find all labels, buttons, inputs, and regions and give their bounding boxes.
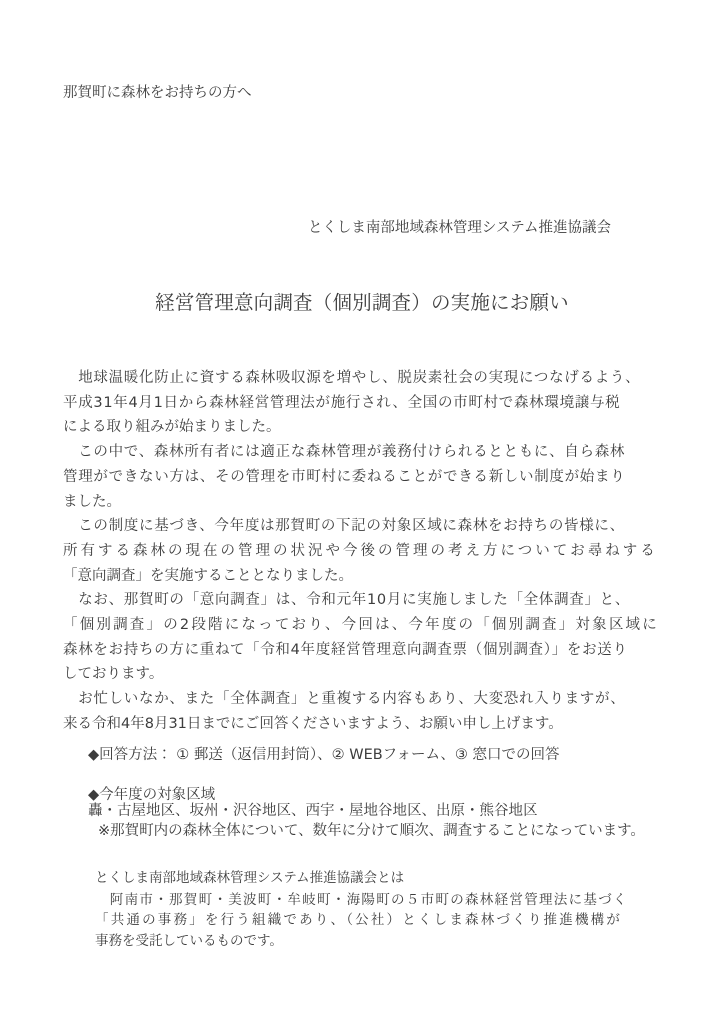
body-text-line: 地球温暖化防止に資する森林吸収源を増やし、脱炭素社会の実現につなげるよう、 (63, 366, 663, 391)
body-text-line: 来る令和4年8月31日までにご回答くださいますよう、お願い申し上げます。 (63, 712, 663, 737)
body-text-line: 「個別調査」の2段階になっており、今回は、今年度の「個別調査」対象区域に (63, 613, 663, 638)
body-text-line: この中で、森林所有者には適正な森林管理が義務付けられるとともに、自ら森林 (63, 440, 663, 465)
target-area-note: ※那賀町内の森林全体について、数年に分けて順次、調査することになっています。 (88, 822, 645, 840)
footer-text-line: 事務を受託しているものです。 (95, 932, 283, 950)
body-text: 地球温暖化防止に資する森林吸収源を増やし、脱炭素社会の実現につなげるよう、 平成… (63, 366, 663, 737)
body-text-line: しております。 (63, 662, 663, 687)
body-text-line: 平成31年4月1日から森林経営管理法が施行され、全国の市町村で森林環境譲与税 (63, 391, 663, 416)
body-text-line: 所有する森林の現在の管理の状況や今後の管理の考え方についてお尋ねする (63, 539, 663, 564)
body-text-line: なお、那賀町の「意向調査」は、令和元年10月に実施しました「全体調査」と、 (63, 588, 663, 613)
document-page: 那賀町に森林をお持ちの方へ とくしま南部地域森林管理システム推進協議会 経営管理… (0, 0, 724, 1024)
diamond-bullet-icon: ◆ (88, 747, 99, 763)
page-title: 経営管理意向調査（個別調査）の実施にお願い (0, 290, 724, 316)
footer-text-line: 「共通の事務」を行う組織であり、（公社）とくしま森林づくり推進機構が (95, 911, 622, 929)
body-text-line: 管理ができない方は、その管理を市町村に委ねることができる新しい制度が始まり (63, 465, 663, 490)
body-text-line: ました。 (63, 490, 663, 515)
body-text-line: 「意向調査」を実施することとなりました。 (63, 564, 663, 589)
body-text-line: お忙しいなか、また「全体調査」と重複する内容もあり、大変恐れ入りますが、 (63, 687, 663, 712)
response-methods-line: ◆回答方法： ① 郵送（返信用封筒）、② WEBフォーム、③ 窓口での回答 (88, 746, 560, 764)
diamond-bullet-icon: ◆ (88, 787, 99, 803)
body-text-line: この制度に基づき、今年度は那賀町の下記の対象区域に森林をお持ちの皆様に、 (63, 514, 663, 539)
body-text-line: による取り組みが始まりました。 (63, 415, 663, 440)
body-text-line: 森林をお持ちの方に重ねて「令和4年度経営管理意向調査票（個別調査）」をお送り (63, 638, 663, 663)
footer-organization-heading: とくしま南部地域森林管理システム推進協議会とは (95, 869, 404, 887)
response-methods-label: 回答方法： ① 郵送（返信用封筒）、② WEBフォーム、③ 窓口での回答 (99, 747, 559, 763)
audience-line: 那賀町に森林をお持ちの方へ (63, 84, 252, 102)
organization-line: とくしま南部地域森林管理システム推進協議会 (0, 219, 611, 237)
footer-text-line: 阿南市・那賀町・美波町・牟岐町・海陽町の５市町の森林経営管理法に基づく (95, 891, 628, 909)
target-area-heading: 今年度の対象区域 (99, 787, 215, 803)
target-area-districts: 轟・古屋地区、坂州・沢谷地区、西宇・屋地谷地区、出原・熊谷地区 (88, 802, 538, 820)
